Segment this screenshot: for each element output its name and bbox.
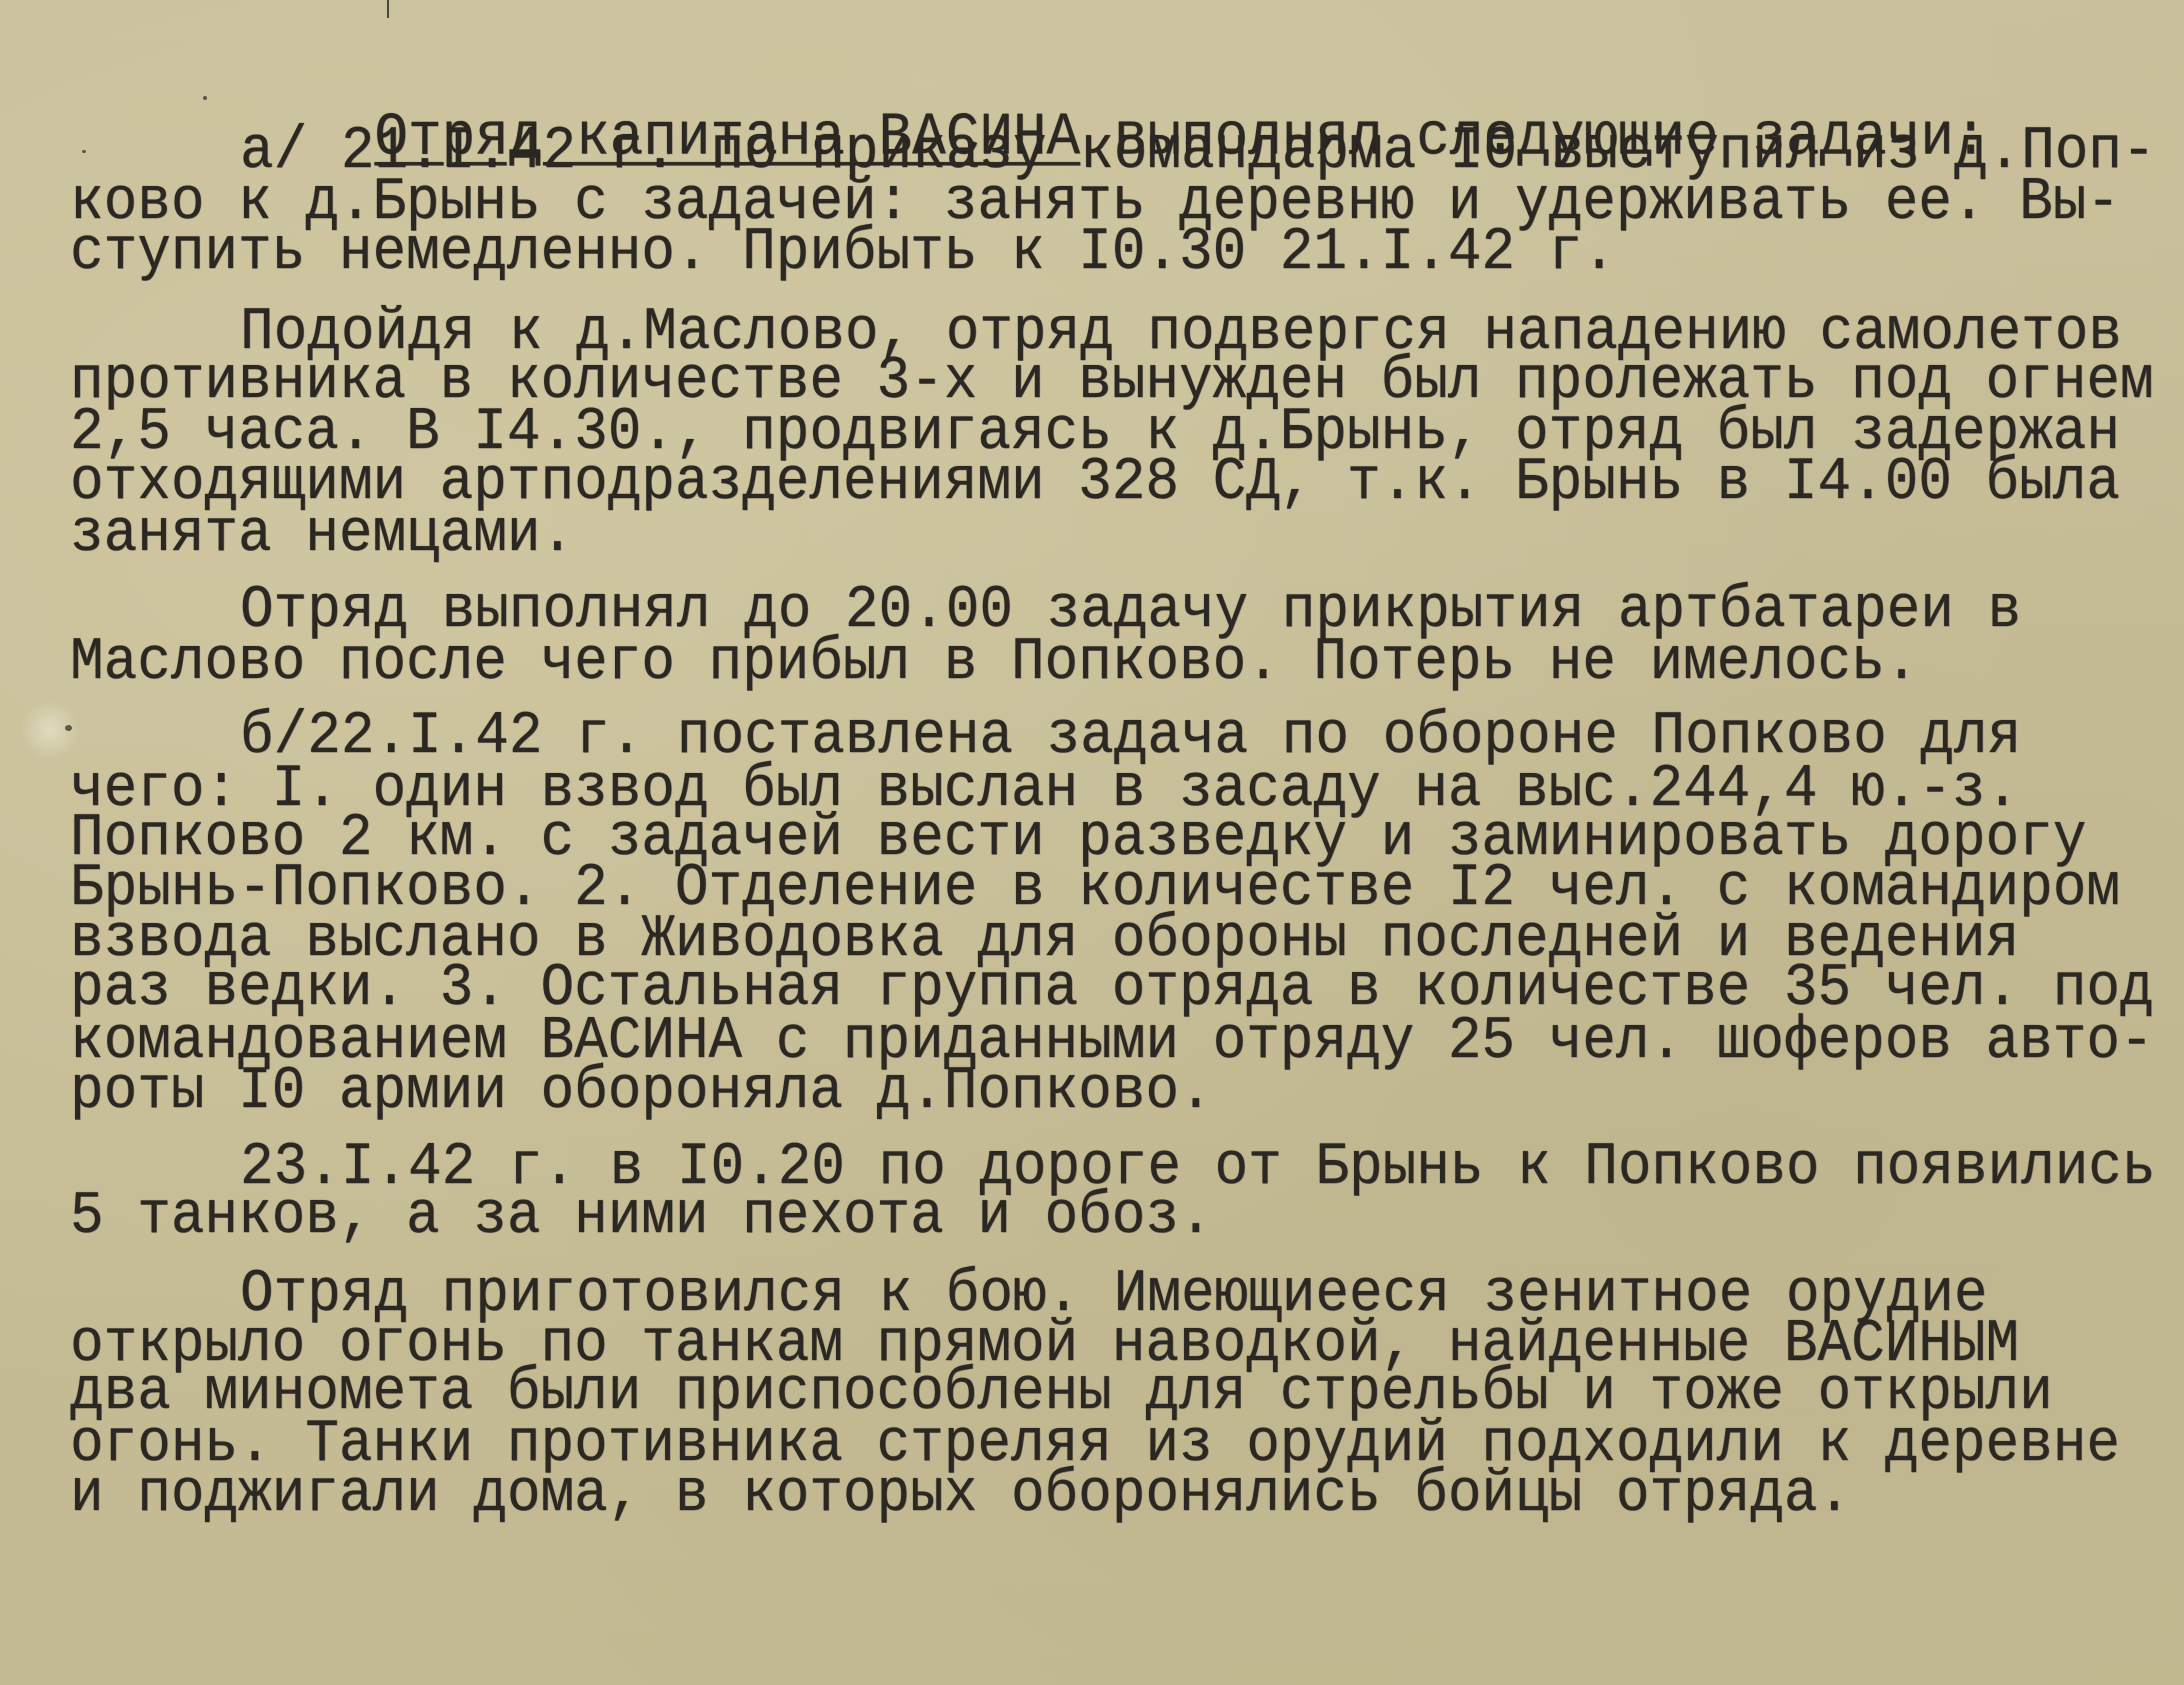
ink-speck: [65, 725, 72, 731]
text-line: 5 танков, а за ними пехота и обоз.: [70, 1186, 1213, 1246]
text-line: занята немцами.: [70, 504, 574, 564]
text-line: ступить немедленно. Прибыть к I0.30 21.I…: [70, 222, 1616, 282]
heading-line: Отряд капитана ВАСИНА выполнял следующие…: [240, 47, 1988, 107]
pencil-mark: [387, 0, 389, 18]
text-line: роты I0 армии обороняла д.Попково.: [70, 1061, 1213, 1121]
typewritten-document-page: Отряд капитана ВАСИНА выполнял следующие…: [0, 0, 2184, 1685]
ink-speck: [203, 96, 207, 100]
text-line: Маслово после чего прибыл в Попково. Пот…: [70, 632, 1918, 692]
text-line: и поджигали дома, в которых оборонялись …: [70, 1464, 1851, 1524]
ink-speck: [82, 150, 86, 153]
